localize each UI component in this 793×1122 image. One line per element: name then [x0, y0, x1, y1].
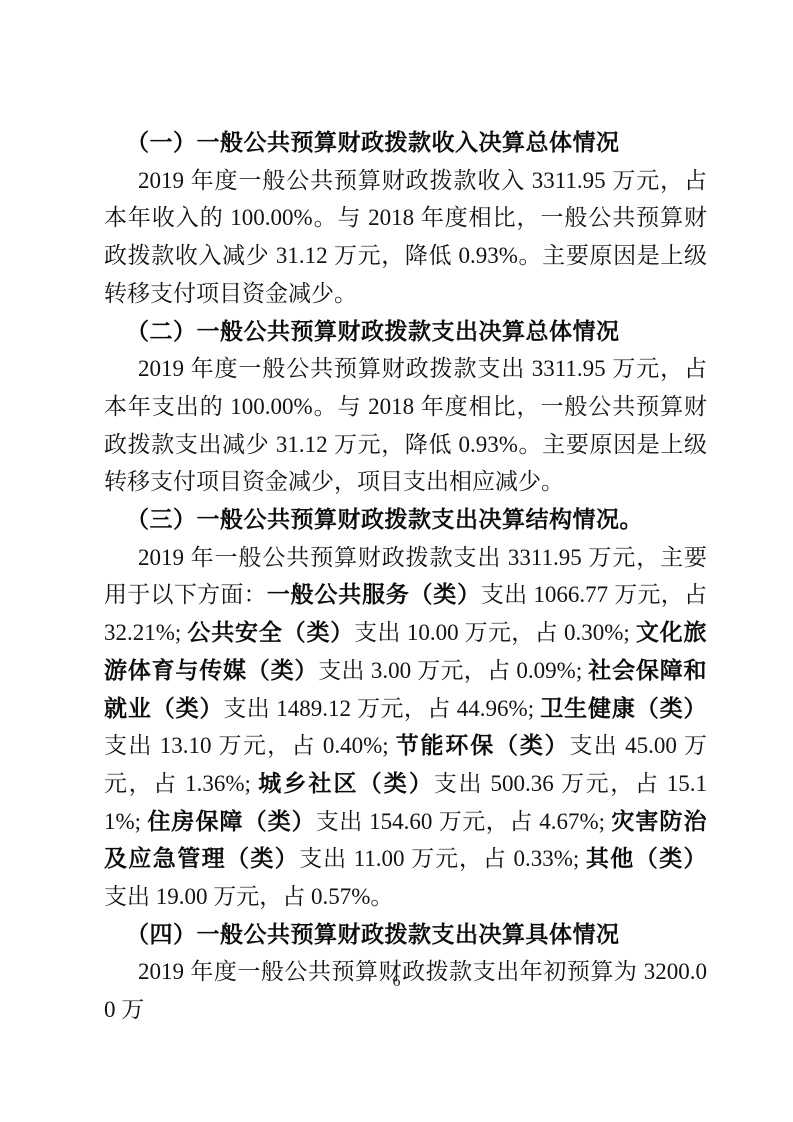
section-income-overview: （一）一般公共预算财政拨款收入决算总体情况 2019 年度一般公共预算财政拨款收… [104, 124, 707, 313]
paragraph: 2019 年度一般公共预算财政拨款支出 3311.95 万元，占本年支出的 10… [104, 350, 707, 501]
page-number: 6 [0, 972, 793, 992]
section-expenditure-structure: （三）一般公共预算财政拨款支出决算结构情况。 2019 年一般公共预算财政拨款支… [104, 501, 707, 916]
section-heading: （一）一般公共预算财政拨款收入决算总体情况 [104, 124, 707, 162]
paragraph: 2019 年度一般公共预算财政拨款收入 3311.95 万元，占本年收入的 10… [104, 162, 707, 313]
document-page: （一）一般公共预算财政拨款收入决算总体情况 2019 年度一般公共预算财政拨款收… [0, 0, 793, 1122]
section-heading: （四）一般公共预算财政拨款支出决算具体情况 [104, 916, 707, 954]
section-heading: （二）一般公共预算财政拨款支出决算总体情况 [104, 313, 707, 351]
section-heading: （三）一般公共预算财政拨款支出决算结构情况。 [104, 501, 707, 539]
section-expenditure-overview: （二）一般公共预算财政拨款支出决算总体情况 2019 年度一般公共预算财政拨款支… [104, 313, 707, 502]
paragraph: 2019 年一般公共预算财政拨款支出 3311.95 万元，主要用于以下方面：一… [104, 539, 707, 916]
document-body: （一）一般公共预算财政拨款收入决算总体情况 2019 年度一般公共预算财政拨款收… [104, 124, 707, 1029]
